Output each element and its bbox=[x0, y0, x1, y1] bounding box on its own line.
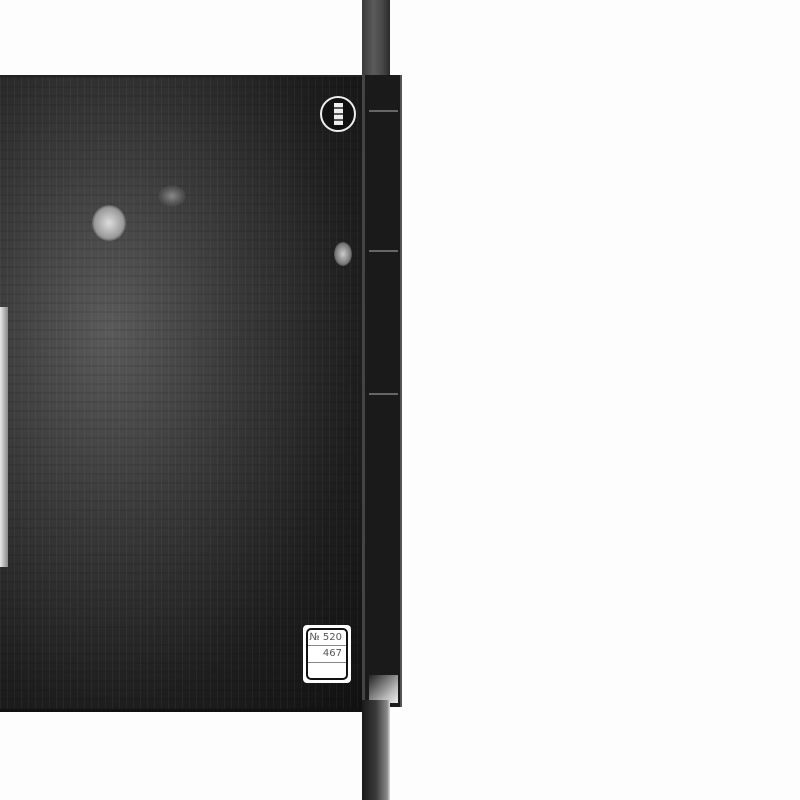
cover-stain bbox=[334, 242, 352, 266]
label-line-3 bbox=[308, 663, 346, 678]
spine-band bbox=[369, 110, 398, 112]
label-line-2: 467 bbox=[308, 646, 346, 662]
library-stamp-icon bbox=[320, 96, 356, 132]
catalog-label: № 520 467 bbox=[303, 625, 351, 683]
binding-strap-top bbox=[362, 0, 390, 80]
binding-strap-bottom bbox=[362, 700, 390, 800]
spine-band bbox=[369, 393, 398, 395]
book-spine bbox=[362, 75, 402, 707]
page-edge bbox=[0, 307, 8, 567]
cover-stain bbox=[92, 205, 126, 241]
spine-cap bbox=[369, 675, 398, 703]
label-line-1: № 520 bbox=[308, 630, 346, 646]
spine-band bbox=[369, 250, 398, 252]
cover-stain bbox=[158, 185, 186, 207]
book-cover bbox=[0, 75, 362, 712]
